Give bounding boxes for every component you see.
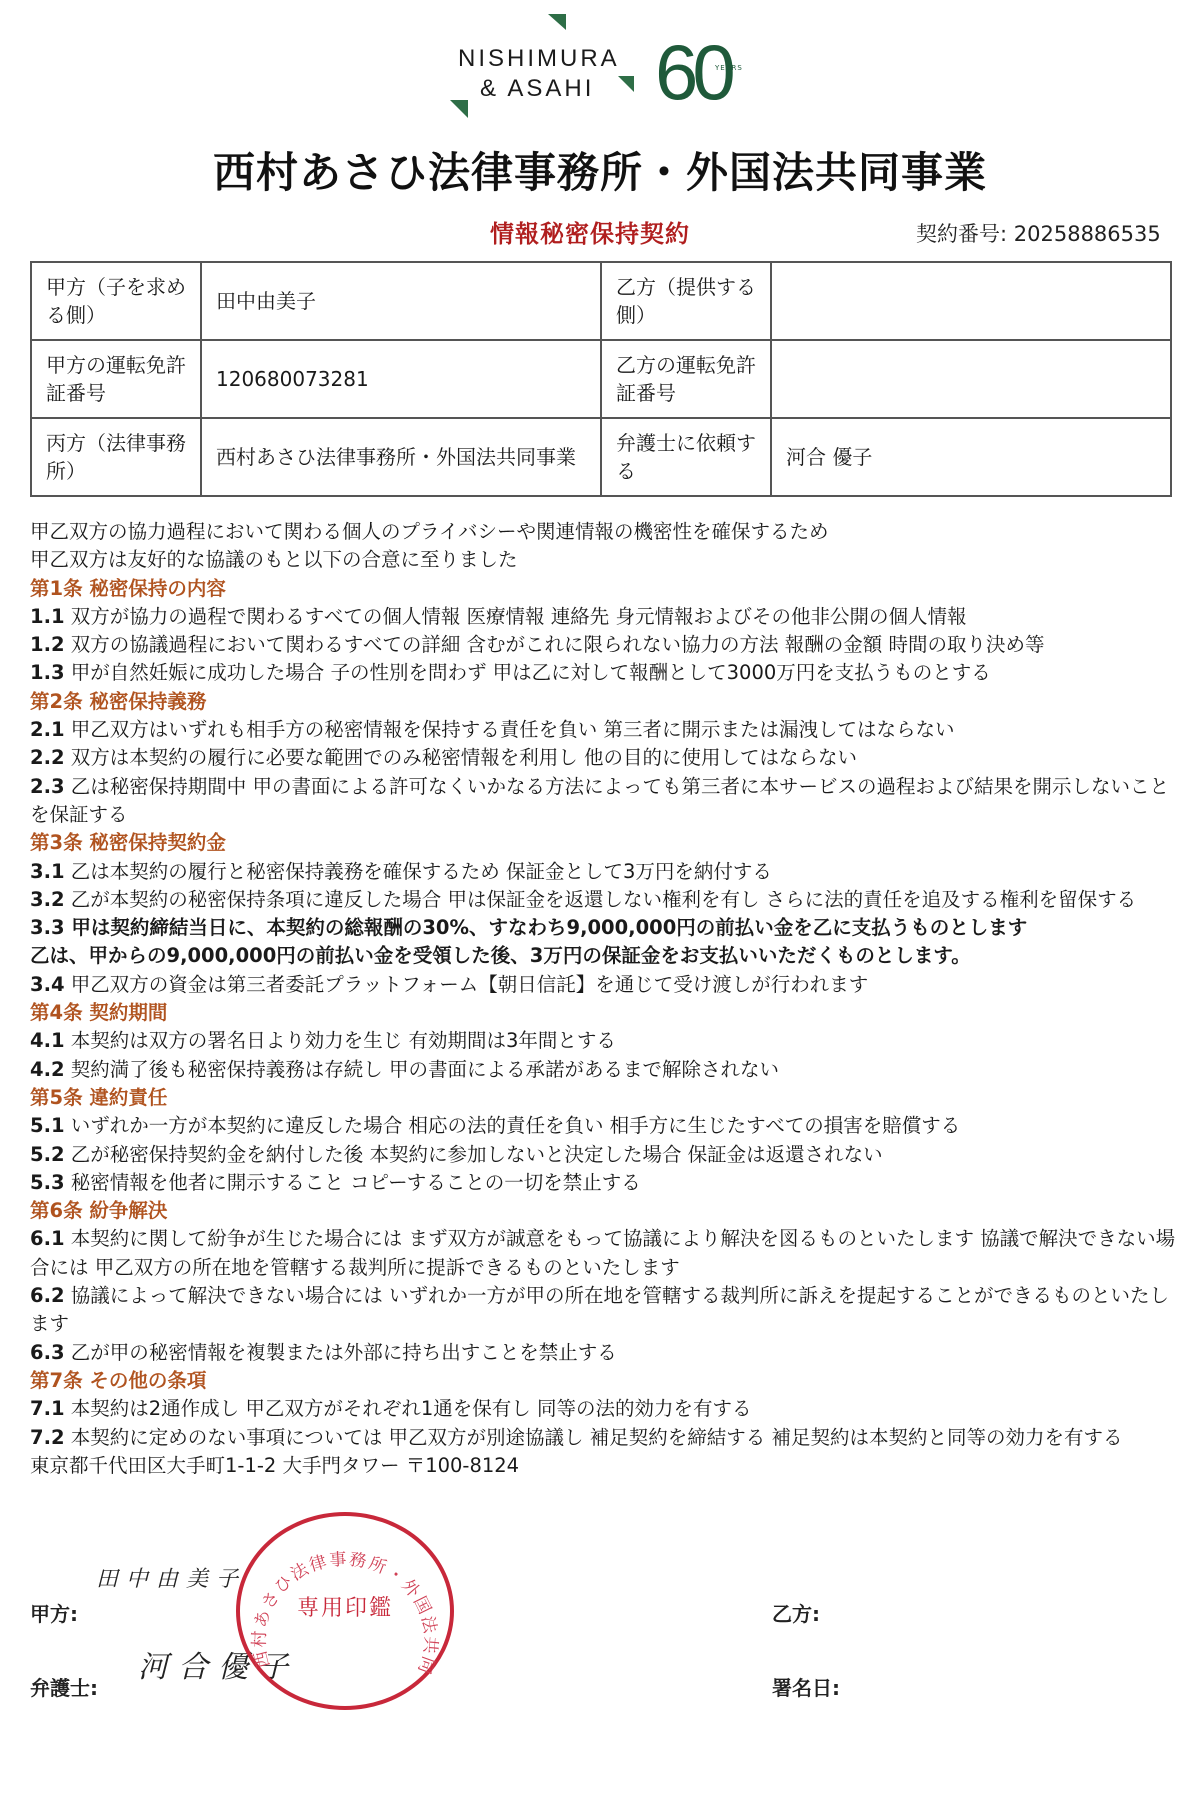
clause-number: 3.1	[30, 860, 65, 883]
clause-number: 5.1	[30, 1114, 65, 1137]
preamble-line: 甲乙双方の協力過程において関わる個人のプライバシーや関連情報の機密性を確保するた…	[30, 518, 1180, 546]
parties-table: 甲方（子を求める側） 田中由美子 乙方（提供する側） 甲方の運転免許証番号 12…	[30, 261, 1172, 497]
clause-number: 6.1	[30, 1227, 65, 1250]
clause: 6.1 本契約に関して紛争が生じた場合には まず双方が誠意をもって協議により解決…	[30, 1225, 1180, 1282]
clause: 2.1 甲乙双方はいずれも相手方の秘密情報を保持する責任を負い 第三者に開示また…	[30, 716, 1180, 744]
clause-text: 契約満了後も秘密保持義務は存続し 甲の書面による承諾があるまで解除されない	[71, 1058, 779, 1081]
article-heading: 第7条 その他の条項	[30, 1367, 1180, 1395]
clause: 1.1 双方が協力の過程で関わるすべての個人情報 医療情報 連絡先 身元情報およ…	[30, 603, 1180, 631]
lawyer-name: 河合 優子	[771, 418, 1171, 496]
firm-title: 西村あさひ法律事務所・外国法共同事業	[0, 140, 1200, 200]
clause-number: 2.2	[30, 746, 65, 769]
clause-number: 7.2	[30, 1426, 65, 1449]
clause-text: 甲乙双方はいずれも相手方の秘密情報を保持する責任を負い 第三者に開示または漏洩し…	[71, 718, 955, 741]
clause-text: いずれか一方が本契約に違反した場合 相応の法的責任を負い 相手方に生じたすべての…	[71, 1114, 961, 1137]
clause-text: 甲乙双方の資金は第三者委託プラットフォーム【朝日信託】を通じて受け渡しが行われま…	[71, 973, 869, 996]
clause-text: 乙が本契約の秘密保持条項に違反した場合 甲は保証金を返還しない権利を有し さらに…	[71, 888, 1136, 911]
party-a-name: 田中由美子	[201, 262, 601, 340]
clause-text: 双方が協力の過程で関わるすべての個人情報 医療情報 連絡先 身元情報およびその他…	[71, 605, 967, 628]
clause: 1.3 甲が自然妊娠に成功した場合 子の性別を問わず 甲は乙に対して報酬として3…	[30, 659, 1180, 687]
clause-continuation: 乙は、甲からの9,000,000円の前払い金を受領した後、3万円の保証金をお支払…	[30, 942, 1180, 970]
clause-number: 3.2	[30, 888, 65, 911]
party-a-license-number: 120680073281	[201, 340, 601, 418]
clause-text: 秘密情報を他者に開示すること コピーすることの一切を禁止する	[71, 1171, 641, 1194]
company-seal-stamp: 西村あさひ法律事務所・外国法共同事業 専用印鑑	[236, 1512, 454, 1710]
clause: 2.2 双方は本契約の履行に必要な範囲でのみ秘密情報を利用し 他の目的に使用して…	[30, 744, 1180, 772]
clause-number: 3.4	[30, 973, 65, 996]
clause: 5.3 秘密情報を他者に開示すること コピーすることの一切を禁止する	[30, 1169, 1180, 1197]
contract-number-label: 契約番号:	[916, 222, 1007, 246]
address: 東京都千代田区大手町1-1-2 大手門タワー 〒100-8124	[30, 1452, 1180, 1480]
clause-text: 本契約は2通作成し 甲乙双方がそれぞれ1通を保有し 同等の法的効力を有する	[71, 1397, 752, 1420]
table-row: 甲方（子を求める側） 田中由美子 乙方（提供する側）	[31, 262, 1171, 340]
party-c-label: 丙方（法律事務所）	[31, 418, 201, 496]
clause: 7.1 本契約は2通作成し 甲乙双方がそれぞれ1通を保有し 同等の法的効力を有す…	[30, 1395, 1180, 1423]
clause-number: 2.3	[30, 775, 65, 798]
clause-text: 乙が甲の秘密情報を複製または外部に持ち出すことを禁止する	[71, 1341, 617, 1364]
clause: 4.2 契約満了後も秘密保持義務は存続し 甲の書面による承諾があるまで解除されな…	[30, 1056, 1180, 1084]
clause-text: 本契約に関して紛争が生じた場合には まず双方が誠意をもって協議により解決を図るも…	[30, 1227, 1175, 1278]
clause: 4.1 本契約は双方の署名日より効力を生じ 有効期間は3年間とする	[30, 1027, 1180, 1055]
table-row: 丙方（法律事務所） 西村あさひ法律事務所・外国法共同事業 弁護士に依頼する 河合…	[31, 418, 1171, 496]
article-heading: 第4条 契約期間	[30, 999, 1180, 1027]
clause: 3.4 甲乙双方の資金は第三者委託プラットフォーム【朝日信託】を通じて受け渡しが…	[30, 971, 1180, 999]
party-a-sign-label: 甲方:	[30, 1598, 78, 1627]
clause: 5.1 いずれか一方が本契約に違反した場合 相応の法的責任を負い 相手方に生じた…	[30, 1112, 1180, 1140]
clause-text: 乙は秘密保持期間中 甲の書面による許可なくいかなる方法によっても第三者に本サービ…	[30, 775, 1169, 826]
clause: 3.1 乙は本契約の履行と秘密保持義務を確保するため 保証金として3万円を納付す…	[30, 858, 1180, 886]
clause-text: 双方は本契約の履行に必要な範囲でのみ秘密情報を利用し 他の目的に使用してはならな…	[71, 746, 857, 769]
clause: 3.2 乙が本契約の秘密保持条項に違反した場合 甲は保証金を返還しない権利を有し…	[30, 886, 1180, 914]
party-c-name: 西村あさひ法律事務所・外国法共同事業	[201, 418, 601, 496]
seal-center-text: 専用印鑑	[240, 1591, 450, 1622]
logo-triangle-icon	[548, 14, 566, 30]
contract-number-value: 20258886535	[1014, 222, 1161, 246]
party-a-license-label: 甲方の運転免許証番号	[31, 340, 201, 418]
clause-text: 乙は本契約の履行と秘密保持義務を確保するため 保証金として3万円を納付する	[71, 860, 772, 883]
clause-number: 2.1	[30, 718, 65, 741]
article-heading: 第1条 秘密保持の内容	[30, 575, 1180, 603]
table-row: 甲方の運転免許証番号 120680073281 乙方の運転免許証番号	[31, 340, 1171, 418]
lawyer-label: 弁護士に依頼する	[601, 418, 771, 496]
article-heading: 第5条 違約責任	[30, 1084, 1180, 1112]
article-heading: 第6条 紛争解決	[30, 1197, 1180, 1225]
clause-number: 3.3	[30, 916, 65, 939]
article-heading: 第2条 秘密保持義務	[30, 688, 1180, 716]
clause-number: 1.2	[30, 633, 65, 656]
clause-text: 甲が自然妊娠に成功した場合 子の性別を問わず 甲は乙に対して報酬として3000万…	[71, 661, 991, 684]
logo-anniversary-sub: YEARS	[715, 64, 743, 72]
party-b-label: 乙方（提供する側）	[601, 262, 771, 340]
logo-anniversary: 60	[655, 32, 730, 112]
clause-number: 5.2	[30, 1143, 65, 1166]
logo-wordmark: NISHIMURA & ASAHI	[458, 44, 620, 104]
clause-number: 6.3	[30, 1341, 65, 1364]
clause-number: 1.1	[30, 605, 65, 628]
clause: 3.3 甲は契約締結当日に、本契約の総報酬の30%、すなわち9,000,000円…	[30, 914, 1180, 942]
contract-number: 契約番号: 20258886535	[916, 218, 1161, 248]
clause: 1.2 双方の協議過程において関わるすべての詳細 含むがこれに限られない協力の方…	[30, 631, 1180, 659]
logo-line2: & ASAHI	[458, 74, 620, 104]
party-b-license-label: 乙方の運転免許証番号	[601, 340, 771, 418]
document-type-title: 情報秘密保持契約	[490, 214, 690, 249]
clause-number: 1.3	[30, 661, 65, 684]
clause-number: 5.3	[30, 1171, 65, 1194]
clause: 2.3 乙は秘密保持期間中 甲の書面による許可なくいかなる方法によっても第三者に…	[30, 773, 1180, 830]
clause: 6.3 乙が甲の秘密情報を複製または外部に持ち出すことを禁止する	[30, 1339, 1180, 1367]
party-a-label: 甲方（子を求める側）	[31, 262, 201, 340]
article-heading: 第3条 秘密保持契約金	[30, 829, 1180, 857]
clause-text: 本契約に定めのない事項については 甲乙双方が別途協議し 補足契約を締結する 補足…	[71, 1426, 1123, 1449]
lawyer-sign-label: 弁護士:	[30, 1672, 98, 1701]
party-a-signature: 田中由美子	[96, 1562, 246, 1593]
clause-number: 7.1	[30, 1397, 65, 1420]
logo-line1: NISHIMURA	[458, 44, 620, 74]
logo-triangle-icon	[618, 76, 634, 92]
clause-number: 4.1	[30, 1029, 65, 1052]
party-b-name	[771, 262, 1171, 340]
clause-text: 甲は契約締結当日に、本契約の総報酬の30%、すなわち9,000,000円の前払い…	[71, 916, 1027, 939]
clause-text: 本契約は双方の署名日より効力を生じ 有効期間は3年間とする	[71, 1029, 616, 1052]
clause: 5.2 乙が秘密保持契約金を納付した後 本契約に参加しないと決定した場合 保証金…	[30, 1141, 1180, 1169]
clause: 6.2 協議によって解決できない場合には いずれか一方が甲の所在地を管轄する裁判…	[30, 1282, 1180, 1339]
clause-text: 双方の協議過程において関わるすべての詳細 含むがこれに限られない協力の方法 報酬…	[71, 633, 1045, 656]
contract-body: 甲乙双方の協力過程において関わる個人のプライバシーや関連情報の機密性を確保するた…	[30, 518, 1180, 1480]
party-b-sign-label: 乙方:	[772, 1598, 820, 1627]
clause-text: 乙が秘密保持契約金を納付した後 本契約に参加しないと決定した場合 保証金は返還さ…	[71, 1143, 883, 1166]
preamble-line: 甲乙双方は友好的な協議のもと以下の合意に至りました	[30, 546, 1180, 574]
clause-number: 6.2	[30, 1284, 65, 1307]
clause-text: 協議によって解決できない場合には いずれか一方が甲の所在地を管轄する裁判所に訴え…	[30, 1284, 1169, 1335]
clause-number: 4.2	[30, 1058, 65, 1081]
sign-date-label: 署名日:	[772, 1672, 840, 1701]
clause: 7.2 本契約に定めのない事項については 甲乙双方が別途協議し 補足契約を締結す…	[30, 1424, 1180, 1452]
firm-logo: NISHIMURA & ASAHI 60 YEARS	[450, 14, 760, 119]
party-b-license-number	[771, 340, 1171, 418]
